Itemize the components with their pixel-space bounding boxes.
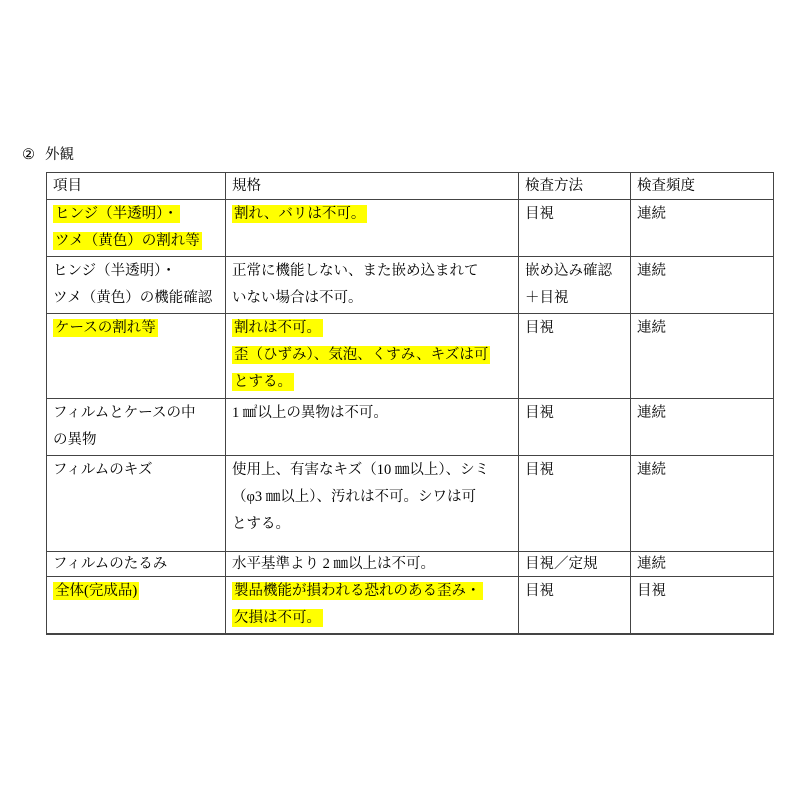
cell-frequency: 連続 — [631, 314, 774, 399]
cell-frequency: 連続 — [631, 200, 774, 257]
section-heading: ②外観 — [22, 145, 74, 165]
cell-spec: 水平基準より 2 ㎜以上は不可。 — [226, 552, 519, 577]
column-header-method: 検査方法 — [519, 173, 631, 200]
table-row: ヒンジ（半透明）・ツメ（黄色）の割れ等 割れ、バリは不可。 目視 連続 — [47, 200, 774, 257]
cell-spec: 割れは不可。歪（ひずみ）、気泡、くすみ、キズは可とする。 — [226, 314, 519, 399]
cell-frequency: 連続 — [631, 399, 774, 456]
cell-frequency: 連続 — [631, 552, 774, 577]
table-row: ケースの割れ等 割れは不可。歪（ひずみ）、気泡、くすみ、キズは可とする。 目視 … — [47, 314, 774, 399]
document-page: ②外観 項目 規格 検査方法 検査頻度 ヒンジ（半透明）・ツメ（黄色）の割れ等 … — [0, 0, 800, 800]
cell-item: ヒンジ（半透明）・ツメ（黄色）の割れ等 — [47, 200, 226, 257]
table-row: フィルムとケースの中の異物 1 ㎟以上の異物は不可。 目視 連続 — [47, 399, 774, 456]
section-title: 外観 — [45, 147, 74, 163]
table-row: フィルムのたるみ 水平基準より 2 ㎜以上は不可。 目視／定規 連続 — [47, 552, 774, 577]
table-row: 全体(完成品) 製品機能が損われる恐れのある歪み・欠損は不可。 目視 目視 — [47, 577, 774, 635]
cell-spec: 使用上、有害なキズ（10 ㎜以上）、シミ（φ3 ㎜以上）、汚れは不可。シワは可と… — [226, 456, 519, 552]
header-row: 項目 規格 検査方法 検査頻度 — [47, 173, 774, 200]
cell-method: 目視／定規 — [519, 552, 631, 577]
cell-method: 目視 — [519, 399, 631, 456]
cell-method: 目視 — [519, 314, 631, 399]
inspection-spec-table: 項目 規格 検査方法 検査頻度 ヒンジ（半透明）・ツメ（黄色）の割れ等 割れ、バ… — [46, 172, 774, 635]
cell-item: ケースの割れ等 — [47, 314, 226, 399]
cell-item: フィルムとケースの中の異物 — [47, 399, 226, 456]
cell-method: 目視 — [519, 577, 631, 635]
section-number: ② — [22, 147, 35, 163]
cell-method: 目視 — [519, 200, 631, 257]
column-header-spec: 規格 — [226, 173, 519, 200]
table-row: フィルムのキズ 使用上、有害なキズ（10 ㎜以上）、シミ（φ3 ㎜以上）、汚れは… — [47, 456, 774, 552]
column-header-frequency: 検査頻度 — [631, 173, 774, 200]
cell-item: ヒンジ（半透明）・ツメ（黄色）の機能確認 — [47, 257, 226, 314]
cell-spec: 割れ、バリは不可。 — [226, 200, 519, 257]
cell-frequency: 連続 — [631, 456, 774, 552]
cell-spec: 製品機能が損われる恐れのある歪み・欠損は不可。 — [226, 577, 519, 635]
cell-frequency: 目視 — [631, 577, 774, 635]
cell-spec: 正常に機能しない、また嵌め込まれていない場合は不可。 — [226, 257, 519, 314]
cell-item: フィルムのたるみ — [47, 552, 226, 577]
column-header-item: 項目 — [47, 173, 226, 200]
cell-method: 目視 — [519, 456, 631, 552]
cell-frequency: 連続 — [631, 257, 774, 314]
cell-method: 嵌め込み確認＋目視 — [519, 257, 631, 314]
cell-item: フィルムのキズ — [47, 456, 226, 552]
cell-spec: 1 ㎟以上の異物は不可。 — [226, 399, 519, 456]
table-row: ヒンジ（半透明）・ツメ（黄色）の機能確認 正常に機能しない、また嵌め込まれていな… — [47, 257, 774, 314]
cell-item: 全体(完成品) — [47, 577, 226, 635]
